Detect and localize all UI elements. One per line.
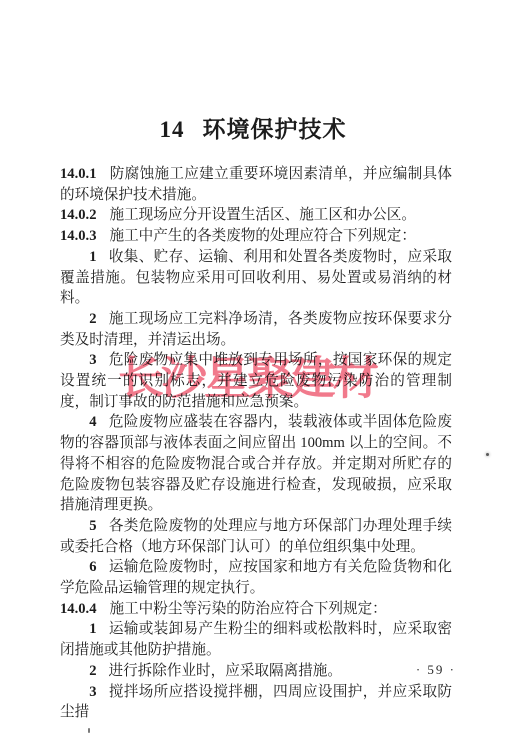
- paragraph-label: 14.0.1: [60, 166, 96, 182]
- clause-paragraph: 14.0.1防腐蚀施工应建立重要环境因素清单，并应编制具体的环境保护技术措施。: [60, 164, 452, 205]
- numbered-item-paragraph: 2施工现场应工完料净场清，各类废物应按环保要求分类及时清理，并清运出场。: [60, 309, 452, 350]
- clause-paragraph: 14.0.2施工现场应分开设置生活区、施工区和办公区。: [60, 205, 452, 226]
- paragraph-text: 进行拆除作业时，应采取隔离措施。: [108, 663, 342, 679]
- clause-paragraph: 14.0.3施工中产生的各类废物的处理应符合下列规定：: [60, 226, 452, 247]
- numbered-item-paragraph: 1运输或装卸易产生粉尘的细料或松散料时，应采取密闭措施或其他防护措施。: [60, 619, 452, 660]
- numbered-item-paragraph: 2进行拆除作业时，应采取隔离措施。: [60, 661, 452, 682]
- paragraph-text: 运输危险废物时，应按国家和地方有关危险货物和化学危险品运输管理的规定执行。: [60, 559, 452, 596]
- page-number: · 59 ·: [416, 662, 456, 678]
- numbered-item-paragraph: 4危险废物应盛装在容器内，装载液体或半固体危险废物的容器顶部与液体表面之间应留出…: [60, 412, 452, 516]
- paragraph-label: 3: [89, 352, 96, 368]
- clause-paragraph: 14.0.4施工中粉尘等污染的防治应符合下列规定：: [60, 599, 452, 620]
- paragraph-text: 搅拌场所应搭设搅拌棚，四周应设围护，并应采取防尘措: [60, 684, 452, 721]
- numbered-item-paragraph: 5各类危险废物的处理应与地方环保部门办理处理手续或委托合格（地方环保部门认可）的…: [60, 516, 452, 557]
- paragraph-label: 14.0.2: [60, 207, 96, 223]
- paragraph-text: 施工现场应分开设置生活区、施工区和办公区。: [109, 207, 415, 223]
- chapter-title-text: 环境保护技术: [203, 117, 347, 142]
- paragraph-label: 5: [89, 518, 96, 534]
- paragraph-text: 收集、贮存、运输、利用和处置各类废物时，应采取覆盖措施。包装物应采用可回收利用、…: [60, 249, 452, 306]
- paragraph-text: 危险废物应盛装在容器内，装载液体或半固体危险废物的容器顶部与液体表面之间应留出 …: [60, 414, 452, 513]
- paragraph-label: 3: [89, 684, 96, 700]
- chapter-title: 14环境保护技术: [0, 111, 506, 144]
- paragraph-label: 6: [89, 559, 96, 575]
- paragraph-text: 防腐蚀施工应建立重要环境因素清单，并应编制具体的环境保护技术措施。: [60, 166, 452, 203]
- paragraph-label: 1: [89, 621, 96, 637]
- paragraph-text: 运输或装卸易产生粉尘的细料或松散料时，应采取密闭措施或其他防护措施。: [60, 621, 452, 658]
- numbered-item-paragraph: 3危险废物应集中堆放到专用场所，按国家环保的规定设置统一的识别标志，并建立危险废…: [60, 350, 452, 412]
- paragraph-label: 14.0.3: [60, 228, 96, 244]
- paragraph-text: 施工中产生的各类废物的处理应符合下列规定：: [109, 228, 415, 244]
- numbered-item-paragraph: 1收集、贮存、运输、利用和处置各类废物时，应采取覆盖措施。包装物应采用可回收利用…: [60, 247, 452, 309]
- scan-speck: [88, 728, 90, 733]
- numbered-item-paragraph: 6运输危险废物时，应按国家和地方有关危险货物和化学危险品运输管理的规定执行。: [60, 557, 452, 598]
- paragraph-label: 4: [89, 414, 96, 430]
- paragraph-label: 2: [89, 663, 96, 679]
- paragraph-text: 施工中粉尘等污染的防治应符合下列规定：: [109, 601, 386, 617]
- paragraph-text: 施工现场应工完料净场清，各类废物应按环保要求分类及时清理，并清运出场。: [60, 311, 452, 348]
- numbered-item-paragraph: 3搅拌场所应搭设搅拌棚，四周应设围护，并应采取防尘措: [60, 682, 452, 723]
- paragraph-text: 危险废物应集中堆放到专用场所，按国家环保的规定设置统一的识别标志，并建立危险废物…: [60, 352, 452, 409]
- paragraph-label: 14.0.4: [60, 601, 96, 617]
- paragraph-label: 2: [89, 311, 96, 327]
- scan-speck: [486, 453, 489, 456]
- chapter-number: 14: [160, 117, 185, 142]
- clause-text-block: 14.0.1防腐蚀施工应建立重要环境因素清单，并应编制具体的环境保护技术措施。1…: [60, 164, 452, 723]
- paragraph-text: 各类危险废物的处理应与地方环保部门办理处理手续或委托合格（地方环保部门认可）的单…: [60, 518, 452, 555]
- paragraph-label: 1: [89, 249, 96, 265]
- scanned-document-page: 14环境保护技术 14.0.1防腐蚀施工应建立重要环境因素清单，并应编制具体的环…: [0, 0, 506, 734]
